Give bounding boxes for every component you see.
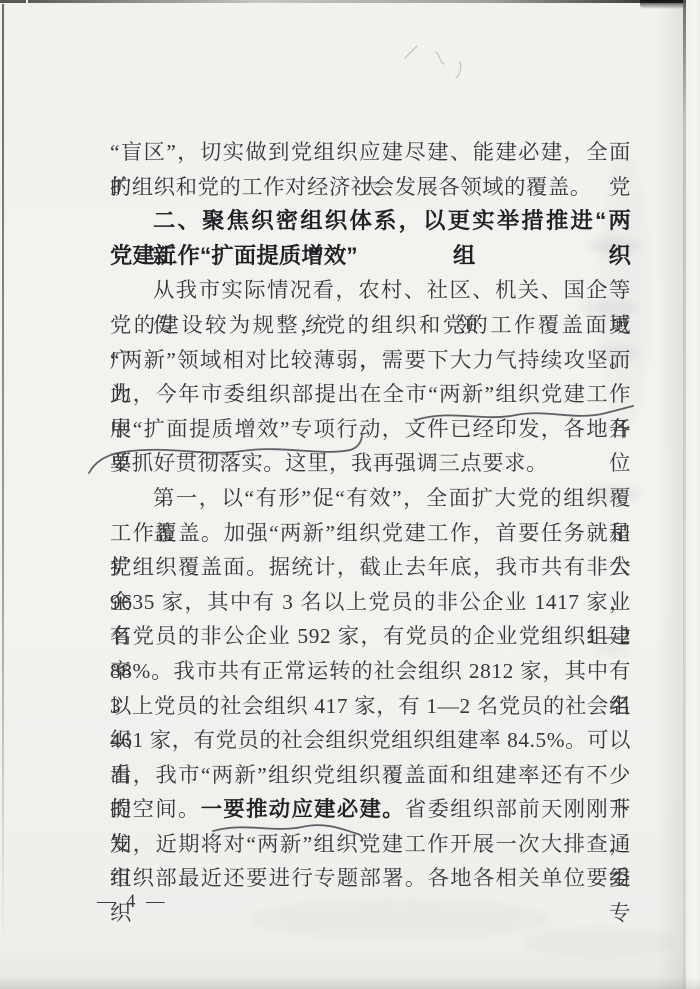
text-line: 的空间。一要推动应建必建。省委组织部前天刚刚下发通: [110, 792, 631, 827]
heading-line: 二、聚焦织密组织体系，以更实举措推进“两新”组织: [110, 204, 631, 239]
text-line: 党的建设较为规整，党的组织和党的工作覆盖面更广，而: [110, 308, 631, 343]
text-segment: 要抓好贯彻落实。这里，我再强调三点要求。: [110, 451, 548, 475]
page-curl-shadow: [656, 0, 684, 989]
text-line: 的组织和党的工作对经济社会发展各领域的覆盖。: [110, 170, 631, 205]
page-number: — 4 —: [97, 889, 168, 915]
text-line: “盲区”，切实做到党组织应建尽建、能建必建，全面扩大党: [110, 135, 631, 170]
text-segment: 的空间。: [110, 797, 201, 821]
text-line: 第一，以“有形”促“有效”，全面扩大党的组织覆盖和: [110, 481, 631, 516]
text-line: 9635 家，其中有 3 名以上党员的非公企业 1417 家，有 1—2: [110, 585, 631, 620]
scan-edge-left-top: [0, 0, 26, 3]
text-line: 此，今年市委组织部提出在全市“两新”组织党建工作中开: [110, 377, 631, 412]
text-line: 出，我市“两新”组织党组织覆盖面和组建率还有不少提升: [110, 758, 631, 793]
text-line: 展“扩面提质增效”专项行动，文件已经印发，各地各单位: [110, 412, 631, 447]
text-segment: 的组织和党的工作对经济社会发展各领域的覆盖。: [110, 175, 592, 199]
scan-edge-top: [28, 0, 688, 3]
text-line: 知，近期将对“两新”组织党建工作开展一次大排查，市委: [110, 827, 631, 862]
text-line: 党组织覆盖面。据统计，截止去年底，我市共有非公企业: [110, 550, 631, 585]
text-segment: 党建工作“扩面提质增效”: [110, 243, 358, 268]
text-line: 组织部最近还要进行专题部署。各地各相关单位要组织专: [110, 861, 631, 896]
pencil-smudge: [405, 46, 417, 58]
pencil-smudge: [436, 52, 444, 64]
scan-edge-bottom: [0, 977, 700, 989]
text-line: “两新”领域相对比较薄弱，需要下大力气持续攻坚。为: [110, 343, 631, 378]
scanned-document-page: “盲区”，切实做到党组织应建尽建、能建必建，全面扩大党的组织和党的工作对经济社会…: [0, 0, 700, 989]
text-segment: 组织部最近还要进行专题部署。各地各相关单位要组织专: [110, 866, 631, 925]
text-line: 从我市实际情况看，农村、社区、机关、国企等传统领域: [110, 273, 631, 308]
document-text: “盲区”，切实做到党组织应建尽建、能建必建，全面扩大党的组织和党的工作对经济社会…: [110, 135, 631, 896]
text-line: 工作覆盖。加强“两新”组织党建工作，首要任务就是扩大: [110, 516, 631, 551]
bold-phrase: 一要推动应建必建。: [201, 797, 405, 821]
scan-margin-right: [686, 0, 700, 989]
text-line: 以上党员的社会组织 417 家，有 1—2 名党员的社会组织: [110, 689, 631, 724]
text-line: 88%。我市共有正常运转的社会组织 2812 家，其中有 3 名: [110, 654, 631, 689]
pencil-smudge: [456, 62, 461, 78]
text-line: 461 家，有党员的社会组织党组织组建率 84.5%。可以看: [110, 723, 631, 758]
text-line: 名党员的非公企业 592 家，有党员的企业党组织组建率: [110, 619, 631, 654]
scan-edge-left: [2, 4, 4, 948]
